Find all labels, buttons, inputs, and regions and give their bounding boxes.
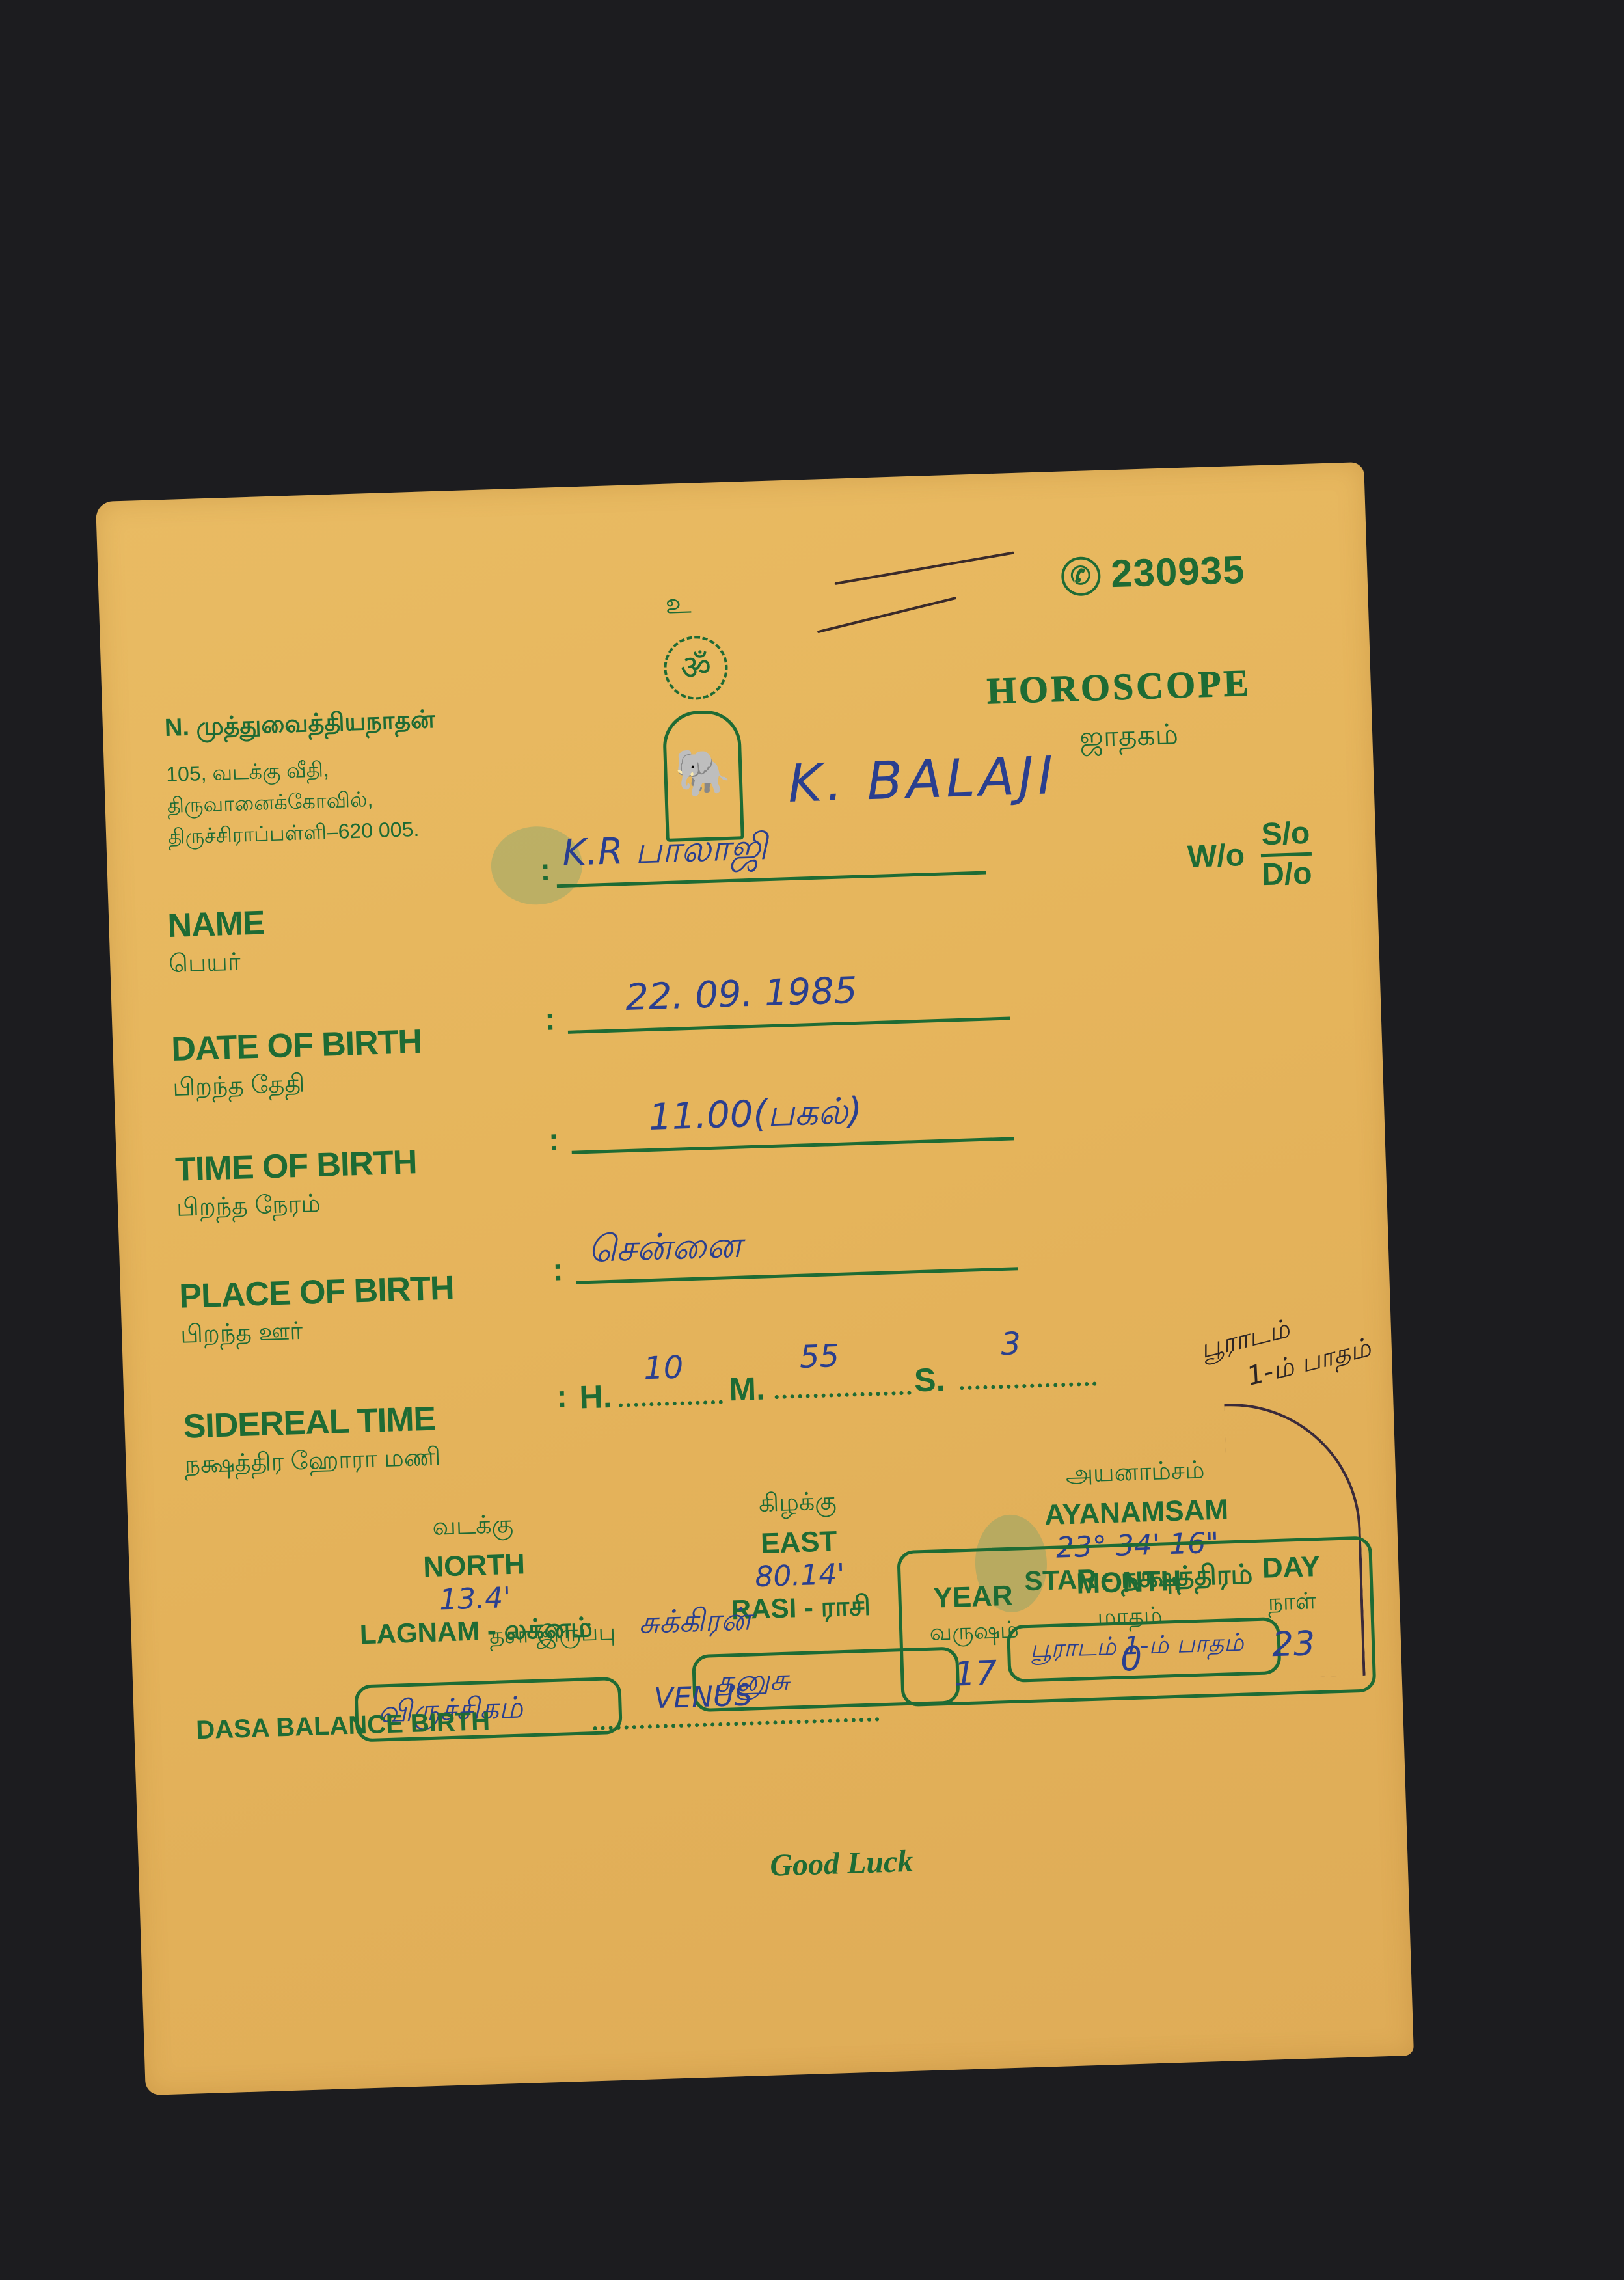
dob-underline bbox=[568, 1016, 1010, 1033]
month-value: 0 bbox=[1066, 1638, 1197, 1681]
colon: : bbox=[556, 1379, 568, 1415]
dob-label: DATE OF BIRTH bbox=[171, 1022, 422, 1069]
sidereal-s-dots bbox=[960, 1382, 1096, 1391]
year-label-tamil: வருஷம் bbox=[909, 1616, 1040, 1650]
relation-selector: W/o S/o D/o bbox=[1186, 815, 1312, 895]
document-title: HOROSCOPE bbox=[986, 661, 1252, 713]
dasa-balance-label: DASA BALANCE BIRTH bbox=[196, 1707, 491, 1745]
tob-label-tamil: பிறந்த நேரம் bbox=[176, 1187, 419, 1226]
om-icon: ॐ bbox=[663, 635, 729, 701]
pob-label-tamil: பிறந்த ஊர் bbox=[180, 1313, 456, 1353]
sidereal-m-label: M. bbox=[728, 1370, 765, 1409]
dasa-month: MONTH மாதம் 0 bbox=[1063, 1564, 1197, 1681]
handwritten-name: K. BALAJI bbox=[787, 745, 1058, 814]
sidereal-s-label: S. bbox=[913, 1361, 945, 1399]
colon: : bbox=[539, 852, 551, 888]
dasa-year: YEAR வருஷம் 17 bbox=[908, 1579, 1041, 1696]
relation-do: D/o bbox=[1261, 856, 1312, 893]
tob-underline bbox=[572, 1137, 1014, 1154]
pob-value: சென்னை bbox=[587, 1224, 742, 1275]
dasa-period-box: YEAR வருஷம் 17 MONTH மாதம் 0 DAY நாள் 23 bbox=[897, 1536, 1376, 1707]
pob-label-group: PLACE OF BIRTH பிறந்த ஊர் bbox=[178, 1269, 455, 1353]
sidereal-label-tamil: நக்ஷத்திர ஹோரா மணி bbox=[184, 1443, 441, 1482]
sidereal-m-dots bbox=[775, 1391, 912, 1400]
ayanamsam-label-tamil: அயனாம்சம் bbox=[972, 1454, 1298, 1495]
name-value: K.R பாலாஜி bbox=[562, 826, 768, 879]
relation-wo: W/o bbox=[1187, 837, 1245, 875]
name-label: NAME bbox=[167, 903, 265, 945]
tob-label-group: TIME OF BIRTH பிறந்த நேரம் bbox=[174, 1143, 418, 1226]
phone-value: 230935 bbox=[1110, 548, 1245, 595]
sidereal-h-value: 10 bbox=[643, 1350, 684, 1387]
sidereal-label-group: SIDEREAL TIME நக்ஷத்திர ஹோரா மணி bbox=[183, 1399, 441, 1482]
tob-label: TIME OF BIRTH bbox=[174, 1143, 417, 1189]
astrologer-name: N. முத்துவைத்தியநாதன் bbox=[164, 706, 435, 746]
name-label-tamil: பெயர் bbox=[169, 947, 267, 982]
sidereal-h-label: H. bbox=[579, 1377, 613, 1417]
colon: : bbox=[544, 1001, 556, 1037]
dasa-value-tamil: சுக்கிரன் bbox=[638, 1601, 752, 1644]
pen-stroke bbox=[835, 551, 1015, 585]
horoscope-card: உ ✆230935 ॐ 🐘 HOROSCOPE ஜாதகம் K. BALAJI… bbox=[96, 462, 1414, 2095]
year-value: 17 bbox=[910, 1653, 1041, 1696]
east-label-tamil: கிழக்கு bbox=[660, 1485, 934, 1525]
good-luck-footer: Good Luck bbox=[769, 1843, 913, 1884]
pen-stroke bbox=[817, 597, 957, 633]
colon: : bbox=[548, 1122, 560, 1158]
document-title-tamil: ஜாதகம் bbox=[1079, 718, 1179, 758]
name-label-group: NAME பெயர் bbox=[167, 903, 267, 982]
dob-label-tamil: பிறந்த தேதி bbox=[172, 1066, 424, 1106]
dob-label-group: DATE OF BIRTH பிறந்த தேதி bbox=[171, 1022, 424, 1106]
dob-value: 22. 09. 1985 bbox=[625, 970, 858, 1019]
sidereal-label: SIDEREAL TIME bbox=[183, 1399, 440, 1446]
day-label: DAY bbox=[1226, 1549, 1357, 1586]
phone-icon: ✆ bbox=[1061, 556, 1101, 597]
tob-value: 11.00(பகல்) bbox=[648, 1090, 863, 1143]
year-label: YEAR bbox=[908, 1579, 1038, 1616]
sidereal-m-value: 55 bbox=[799, 1338, 840, 1376]
dasa-dots bbox=[593, 1717, 879, 1730]
tamil-pillaiyar-suzhi: உ bbox=[665, 588, 692, 625]
relation-so: S/o bbox=[1260, 815, 1311, 857]
dasa-label-tamil: தசா இருப்பு bbox=[489, 1618, 616, 1653]
north-label-tamil: வடக்கு bbox=[336, 1508, 610, 1547]
phone-number: ✆230935 bbox=[1061, 547, 1245, 598]
day-value: 23 bbox=[1228, 1623, 1359, 1666]
month-label-tamil: மாதம் bbox=[1064, 1601, 1195, 1635]
margin-note: பூராடம் 1-ம் பாதம் bbox=[1197, 1292, 1375, 1405]
astrologer-address: N. முத்துவைத்தியநாதன் 105, வடக்கு வீதி, … bbox=[164, 706, 439, 852]
dasa-balance-value: VENUS bbox=[653, 1679, 752, 1715]
day-label-tamil: நாள் bbox=[1226, 1586, 1357, 1620]
colon: : bbox=[552, 1252, 564, 1288]
sidereal-s-value: 3 bbox=[1000, 1325, 1021, 1363]
dasa-day: DAY நாள் 23 bbox=[1226, 1549, 1359, 1666]
sidereal-h-dots bbox=[619, 1400, 723, 1407]
month-label: MONTH bbox=[1063, 1564, 1194, 1601]
ganesha-icon: 🐘 bbox=[662, 709, 744, 842]
pob-label: PLACE OF BIRTH bbox=[178, 1269, 454, 1316]
